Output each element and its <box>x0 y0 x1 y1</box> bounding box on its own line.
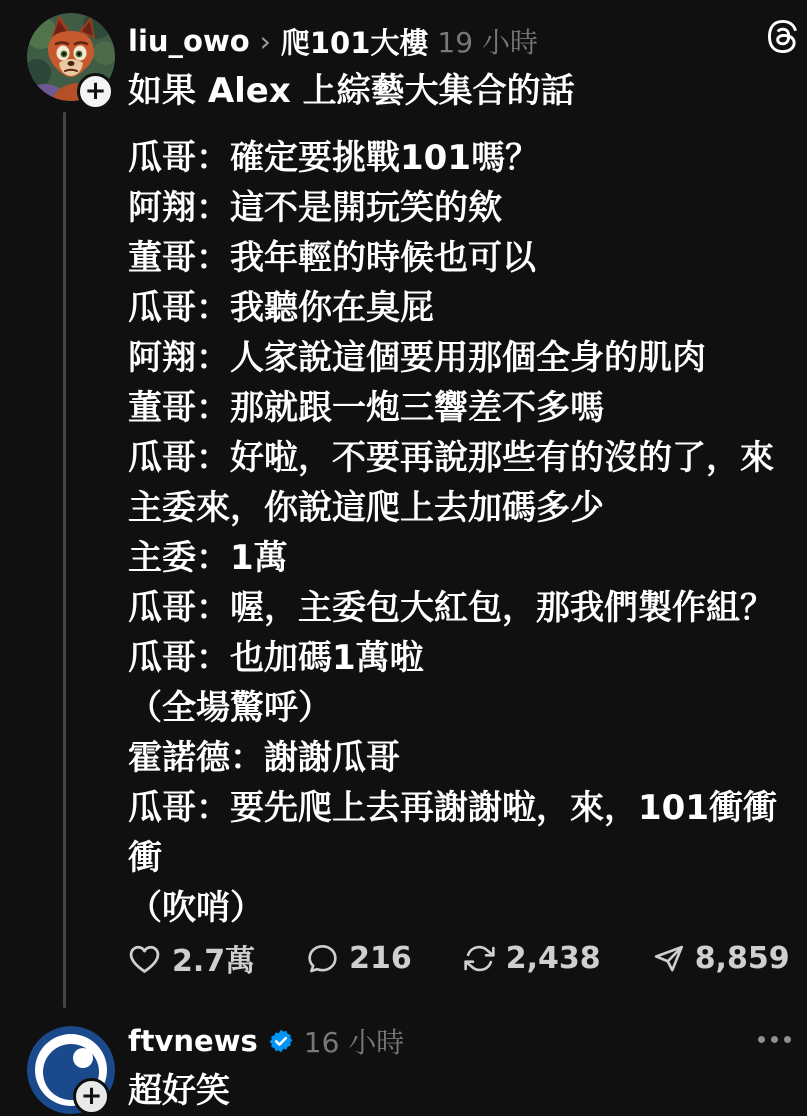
repost-cycle-icon <box>462 941 497 976</box>
post-username[interactable]: liu_owo <box>128 24 250 58</box>
verified-badge-icon <box>268 1028 294 1054</box>
post-timestamp: 19 小時 <box>437 21 538 61</box>
dialogue-line: 董哥：我年輕的時候也可以 <box>128 233 790 283</box>
reply-text: 超好笑 <box>128 1066 768 1116</box>
dialogue-line: 瓜哥：也加碼1萬啦 <box>128 633 790 683</box>
like-count: 2.7萬 <box>172 936 255 980</box>
dialogue-line: 瓜哥：確定要挑戰101嗎？ <box>128 133 790 183</box>
dialogue-line: 霍諾德：謝謝瓜哥 <box>128 733 790 783</box>
reply-timestamp: 16 小時 <box>304 1021 405 1061</box>
reply-avatar[interactable]: + <box>27 1026 115 1114</box>
more-options-icon[interactable] <box>752 1030 797 1049</box>
heart-icon <box>126 940 163 977</box>
speech-bubble-icon <box>305 941 340 976</box>
dialogue-line: （全場驚呼） <box>128 683 790 733</box>
threads-logo-icon[interactable] <box>766 20 799 53</box>
reply-header: ftvnews 16 小時 <box>128 1022 404 1060</box>
follow-plus-icon[interactable]: + <box>77 73 114 110</box>
dialogue-line: 瓜哥：喔，主委包大紅包，那我們製作組？ <box>128 583 790 633</box>
chevron-right-icon: › <box>259 25 272 58</box>
dialogue-line: 董哥：那就跟一炮三響差不多嗎 <box>128 383 790 433</box>
reply-count: 216 <box>349 941 412 976</box>
repost-button[interactable]: 2,438 <box>462 941 601 976</box>
dialogue-line: 主委：1萬 <box>128 533 790 583</box>
post-intro-text: 如果 Alex 上綜藝大集合的話 <box>128 66 790 116</box>
post-dialogue: 瓜哥：確定要挑戰101嗎？ 阿翔：這不是開玩笑的欸 董哥：我年輕的時候也可以 瓜… <box>128 133 790 933</box>
follow-plus-icon[interactable]: + <box>73 1078 110 1115</box>
reply-button[interactable]: 216 <box>305 941 412 976</box>
post-avatar[interactable]: + <box>27 13 115 101</box>
dialogue-line: 阿翔：這不是開玩笑的欸 <box>128 183 790 233</box>
dialogue-line: 瓜哥：要先爬上去再謝謝啦，來，101衝衝衝 <box>128 783 790 883</box>
thread-connector-line <box>63 112 66 1008</box>
post-header: liu_owo › 爬101大樓 19 小時 <box>128 22 538 60</box>
post-body: 如果 Alex 上綜藝大集合的話 瓜哥：確定要挑戰101嗎？ 阿翔：這不是開玩笑… <box>128 66 790 933</box>
share-button[interactable]: 8,859 <box>651 941 790 976</box>
engagement-bar: 2.7萬 216 2,438 <box>126 936 790 980</box>
dialogue-line: （吹哨） <box>128 883 790 933</box>
reply-username[interactable]: ftvnews <box>128 1024 258 1058</box>
post-community-link[interactable]: 爬101大樓 <box>281 21 429 62</box>
dialogue-line: 阿翔：人家說這個要用那個全身的肌肉 <box>128 333 790 383</box>
like-button[interactable]: 2.7萬 <box>126 936 255 980</box>
repost-count: 2,438 <box>506 941 601 976</box>
paper-plane-icon <box>651 941 686 976</box>
dialogue-line: 瓜哥：我聽你在臭屁 <box>128 283 790 333</box>
share-count: 8,859 <box>695 941 790 976</box>
dialogue-line: 瓜哥：好啦，不要再說那些有的沒的了，來主委來，你說這爬上去加碼多少 <box>128 433 790 533</box>
threads-post-screen: + liu_owo › 爬101大樓 19 小時 如果 Alex 上綜藝大集合的… <box>0 0 807 1116</box>
